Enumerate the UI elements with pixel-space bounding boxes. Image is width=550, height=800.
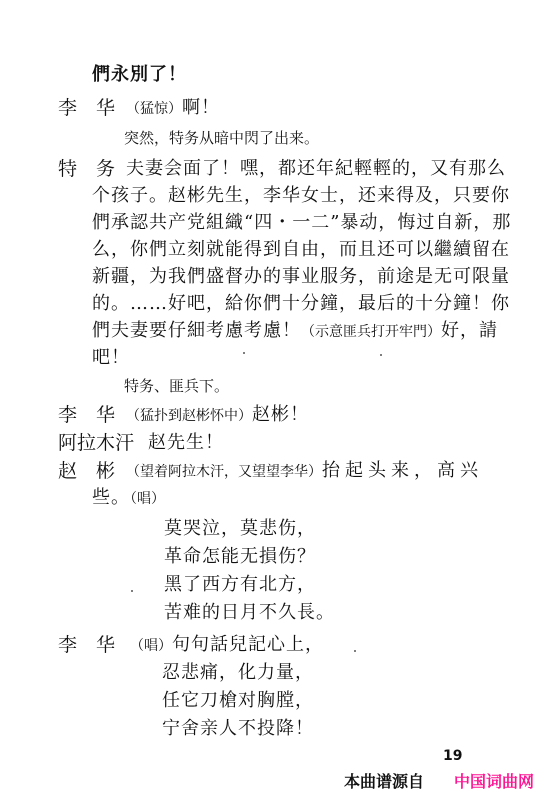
dialogue-line: 么，你們立刻就能得到自由，而且还可以繼續留在	[92, 239, 510, 261]
verse-line: 莫哭泣，莫悲伤，	[164, 518, 316, 540]
verse-line: 忍悲痛，化力量，	[162, 662, 314, 684]
scan-speck	[131, 590, 133, 592]
stage-direction-inline: （唱）	[130, 491, 165, 507]
dialogue-line: 的。……好吧，給你們十分鐘，最后的十分鐘！你	[92, 293, 510, 315]
dialogue-text: 赵彬！	[252, 404, 309, 425]
scan-speck	[243, 352, 245, 354]
dialogue-continuation: 們永別了！	[92, 64, 187, 86]
dialogue-line: 些。（唱）	[92, 487, 165, 510]
speaker-li-hua: 李 华	[58, 404, 115, 426]
scan-speck	[380, 354, 382, 356]
dialogue-line: （望着阿拉木汗，又望望李华）抬起头来，高兴	[126, 460, 483, 483]
dialogue-line: 夫妻会面了！嘿，都还年紀輕輕的，又有那么	[126, 158, 506, 180]
dialogue-line: （猛扑到赵彬怀中）赵彬！	[126, 404, 309, 427]
dialogue-text: 抬起头来，高兴	[322, 460, 483, 481]
watermark-site-link[interactable]: 中国词曲网	[454, 772, 534, 792]
watermark-source-label: 本曲谱源自	[344, 772, 424, 792]
verse-line: 黑了西方有北方，	[164, 574, 316, 596]
speaker-alamuhan: 阿拉木汗	[58, 432, 134, 454]
scanned-script-page: 們永別了！ 李 华 （猛惊）啊！ 突然，特务从暗中閃了出来。 特 务 夫妻会面了…	[0, 0, 550, 800]
dialogue-line: 吧！	[92, 347, 130, 369]
scan-speck	[354, 650, 356, 652]
stage-direction-inline: （猛扑到赵彬怀中）	[126, 408, 252, 424]
verse-line: 苦难的日月不久長。	[164, 602, 335, 624]
speaker-zhao-bin: 赵 彬	[58, 460, 115, 482]
dialogue-line: 赵先生！	[148, 432, 224, 454]
dialogue-line: 新疆，为我們盛督办的事业服务，前途是无可限量	[92, 266, 510, 288]
stage-direction-inline: （猛惊）	[126, 101, 182, 117]
dialogue-line: 們夫妻要仔細考慮考慮！（示意匪兵打开牢門）好，請	[92, 320, 498, 343]
speaker-te-wu: 特 务	[58, 158, 115, 180]
stage-direction-inline: （示意匪兵打开牢門）	[301, 324, 441, 340]
stage-direction: 特务、匪兵下。	[124, 376, 229, 396]
verse-line: 宁舍亲人不投降！	[162, 718, 314, 740]
stage-direction-inline: （望着阿拉木汗，又望望李华）	[126, 464, 322, 480]
speaker-li-hua: 李 华	[58, 634, 115, 656]
dialogue-text: 啊！	[182, 97, 220, 118]
verse-line: 革命怎能无損伤？	[164, 546, 316, 568]
stage-direction: 突然，特务从暗中閃了出来。	[124, 128, 319, 148]
speaker-li-hua: 李 华	[58, 97, 115, 119]
dialogue-text: 好，請	[441, 320, 498, 341]
page-number: 19	[443, 748, 462, 764]
dialogue-text: 們永別了！	[92, 64, 187, 85]
verse-text: 句句話兒記心上，	[172, 634, 324, 655]
dialogue-line: （唱）句句話兒記心上，	[130, 634, 324, 657]
dialogue-line: 个孩子。赵彬先生，李华女士，还来得及，只要你	[92, 185, 510, 207]
dialogue-text: 些。	[92, 487, 130, 508]
verse-line: 任它刀槍对胸膛，	[162, 690, 314, 712]
dialogue-line: （猛惊）啊！	[126, 97, 220, 120]
stage-direction-inline: （唱）	[130, 638, 172, 654]
dialogue-line: 們承認共产党組織“四・一二”暴动，悔过自新，那	[92, 212, 511, 234]
dialogue-text: 們夫妻要仔細考慮考慮！	[92, 320, 301, 341]
